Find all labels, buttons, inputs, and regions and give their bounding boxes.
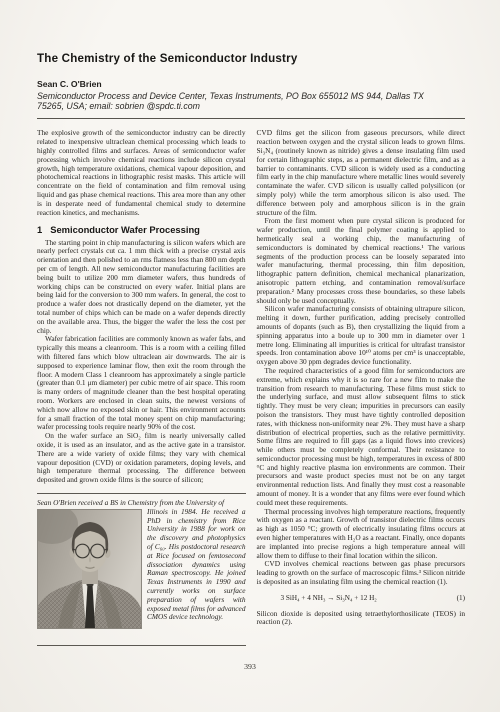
equation-number: (1): [457, 594, 465, 603]
page-content: The Chemistry of the Semiconductor Indus…: [37, 52, 465, 646]
chemical-equation-1: 3 SiH₄ + 4 NH₃ → Si₃N₄ + 12 H₂ (1): [257, 594, 466, 603]
body-paragraph: Wafer fabrication facilities are commonl…: [37, 335, 246, 432]
body-paragraph: Thermal processing involves high tempera…: [257, 508, 466, 561]
right-column: CVD films get the silicon from gaseous p…: [257, 129, 466, 646]
equation-formula: 3 SiH₄ + 4 NH₃ → Si₃N₄ + 12 H₂: [281, 594, 377, 603]
body-paragraph: CVD involves chemical reactions between …: [257, 560, 466, 586]
author-name: Sean C. O'Brien: [37, 79, 465, 89]
author-affiliation: Semiconductor Process and Device Center,…: [37, 91, 435, 111]
body-paragraph: Silicon wafer manufacturing consists of …: [257, 305, 466, 367]
author-photo: [37, 509, 140, 627]
body-paragraph: Silicon dioxide is deposited using tetra…: [257, 610, 466, 628]
section-number: 1: [37, 226, 42, 235]
abstract-paragraph: The explosive growth of the semiconducto…: [37, 129, 246, 217]
page-title: The Chemistry of the Semiconductor Indus…: [37, 52, 465, 65]
header-divider: [37, 118, 465, 119]
body-paragraph: On the wafer surface an SiO₂ film is nea…: [37, 432, 246, 485]
journal-page: The Chemistry of the Semiconductor Indus…: [0, 0, 500, 712]
body-paragraph: CVD films get the silicon from gaseous p…: [257, 129, 466, 217]
body-paragraph: The starting point in chip manufacturing…: [37, 239, 246, 336]
body-paragraph: The required characteristics of a good f…: [257, 367, 466, 508]
section-title: Semiconductor Wafer Processing: [50, 226, 200, 235]
left-column: The explosive growth of the semiconducto…: [37, 129, 246, 646]
body-paragraph: From the first moment when pure crystal …: [257, 217, 466, 305]
bio-text: Illinois in 1984. He received a PhD in c…: [147, 507, 246, 622]
article-body: The explosive growth of the semiconducto…: [37, 129, 465, 646]
bio-flow: Illinois in 1984. He received a PhD in c…: [37, 508, 246, 622]
section-1-heading: 1 Semiconductor Wafer Processing: [37, 226, 246, 235]
author-bio-box: Sean O'Brien received a BS in Chemistry …: [37, 493, 246, 646]
page-number: 393: [37, 662, 463, 671]
